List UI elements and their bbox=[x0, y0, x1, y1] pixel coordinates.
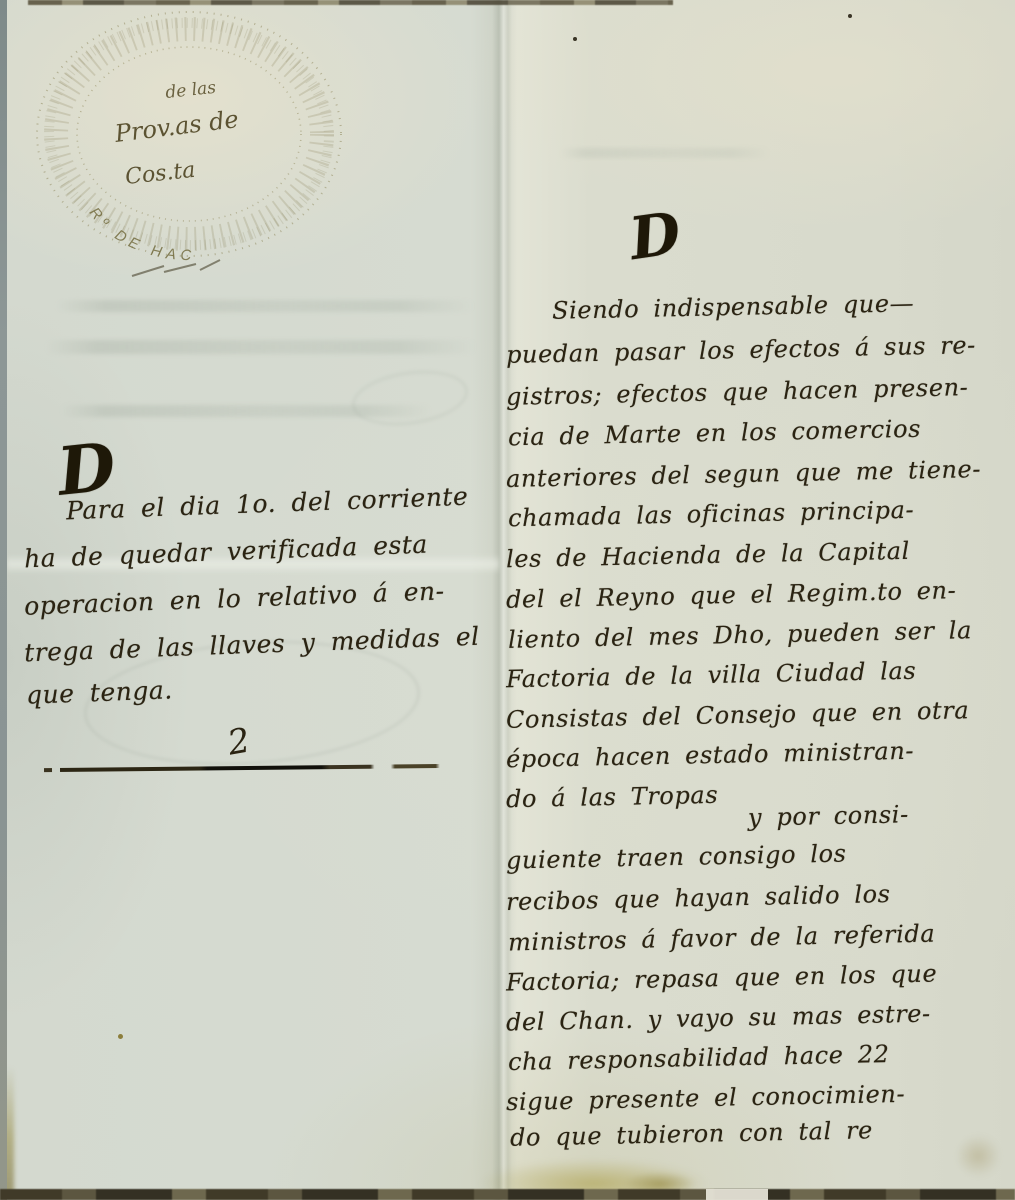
seal-inscription-line: Cos.ta bbox=[124, 158, 197, 190]
manuscript-line: y por consi- bbox=[748, 800, 909, 831]
body-text-initial: D bbox=[626, 199, 685, 273]
official-seal: Rº DE HAC de las Prov.as de Cos.ta bbox=[14, 4, 359, 279]
scanned-manuscript-page: Rº DE HAC de las Prov.as de Cos.ta D Par… bbox=[0, 0, 1015, 1200]
scan-edge-top bbox=[28, 0, 673, 5]
ink-speck bbox=[118, 1034, 123, 1039]
scan-edge-left bbox=[0, 0, 7, 1200]
scan-edge-bottom-gap bbox=[706, 1189, 768, 1200]
seal-inscription-line: de las bbox=[164, 78, 217, 103]
ink-speck bbox=[573, 37, 577, 41]
manuscript-line: que tenga. bbox=[26, 675, 174, 709]
scan-edge-bottom bbox=[0, 1189, 1015, 1200]
manuscript-line: do á las Tropas bbox=[506, 781, 719, 813]
seal-inscription-line: Prov.as de bbox=[112, 105, 240, 148]
ink-speck bbox=[848, 14, 852, 18]
